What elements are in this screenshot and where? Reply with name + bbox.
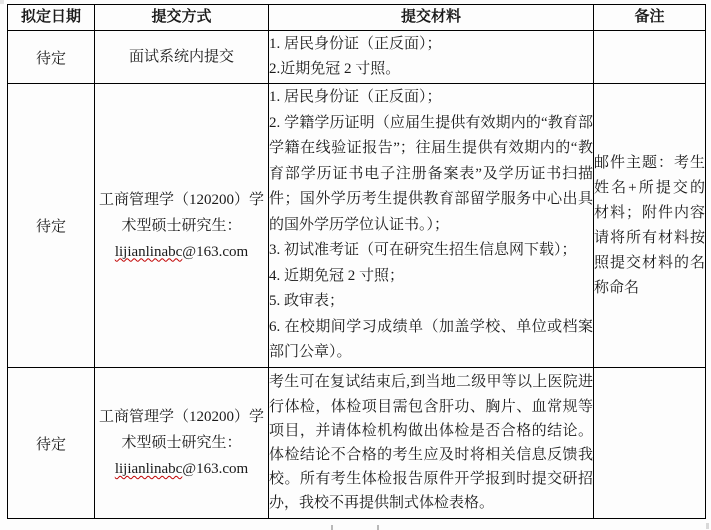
table-row: 待定 面试系统内提交 1. 居民身份证（正反面）； 2.近期免冠 2 寸照。 — [8, 31, 706, 84]
date-cell: 待定 — [8, 368, 95, 519]
email-domain: @163.com — [182, 461, 248, 477]
email-domain: @163.com — [182, 244, 248, 260]
material-item: 5. 政审表； — [269, 289, 593, 315]
material-item: 1. 居民身份证（正反面）； — [269, 32, 593, 58]
program-name-line: 工商管理学（120200）学 — [95, 404, 268, 430]
date-cell: 待定 — [8, 31, 95, 84]
remark-cell — [594, 31, 706, 84]
header-row: 拟定日期 提交方式 提交材料 备注 — [8, 5, 706, 31]
material-item: 6. 在校期间学习成绩单（加盖学校、单位或档案部门公章）。 — [269, 315, 593, 366]
material-item: 1. 居民身份证（正反面）； — [269, 85, 593, 111]
scan-artifact-top-left — [0, 0, 4, 4]
header-cell-method: 提交方式 — [95, 5, 269, 31]
page-artifact-tick — [331, 525, 333, 530]
method-cell: 工商管理学（120200）学 术型硕士研究生： lijianlinabc@163… — [95, 368, 269, 519]
material-item: 考生可在复试结束后,到当地二级甲等以上医院进行体检，体检项目需包含肝功、胸片、血… — [269, 370, 593, 515]
submission-materials-table: 拟定日期 提交方式 提交材料 备注 待定 面试系统内提交 1. 居民身份证（正反… — [7, 4, 706, 519]
method-cell: 工商管理学（120200）学 术型硕士研究生： lijianlinabc@163… — [95, 84, 269, 368]
remark-cell — [594, 368, 706, 519]
date-cell: 待定 — [8, 84, 95, 368]
email-address: lijianlinabc@163.com — [95, 456, 268, 482]
material-item: 2.近期免冠 2 寸照。 — [269, 57, 593, 83]
method-cell: 面试系统内提交 — [95, 31, 269, 84]
header-cell-remark: 备注 — [594, 5, 706, 31]
email-address: lijianlinabc@163.com — [95, 239, 268, 265]
header-cell-date: 拟定日期 — [8, 5, 95, 31]
program-name-line: 术型硕士研究生： — [95, 430, 268, 456]
materials-cell: 考生可在复试结束后,到当地二级甲等以上医院进行体检，体检项目需包含肝功、胸片、血… — [269, 368, 594, 519]
method-text: 面试系统内提交 — [95, 44, 268, 70]
program-name-line: 术型硕士研究生： — [95, 213, 268, 239]
email-user: lijianlinabc — [115, 461, 182, 477]
remark-cell: 邮件主题：考生姓名+所提交的材料；附件内容请将所有材料按照提交材料的名称命名 — [594, 84, 706, 368]
header-cell-materials: 提交材料 — [269, 5, 594, 31]
table-row: 待定 工商管理学（120200）学 术型硕士研究生： lijianlinabc@… — [8, 84, 706, 368]
page-artifact-tick — [377, 525, 379, 530]
table-row: 待定 工商管理学（120200）学 术型硕士研究生： lijianlinabc@… — [8, 368, 706, 519]
material-item: 3. 初试准考证（可在研究生招生信息网下载）； — [269, 238, 593, 264]
email-user: lijianlinabc — [115, 244, 182, 260]
material-item: 4. 近期免冠 2 寸照； — [269, 264, 593, 290]
program-name-line: 工商管理学（120200）学 — [95, 187, 268, 213]
scan-artifact-bottom-right — [706, 523, 709, 529]
materials-cell: 1. 居民身份证（正反面）； 2. 学籍学历证明（应届生提供有效期内的“教育部学… — [269, 84, 594, 368]
material-item: 2. 学籍学历证明（应届生提供有效期内的“教育部学籍在线验证报告”；往届生提供有… — [269, 111, 593, 239]
materials-cell: 1. 居民身份证（正反面）； 2.近期免冠 2 寸照。 — [269, 31, 594, 84]
